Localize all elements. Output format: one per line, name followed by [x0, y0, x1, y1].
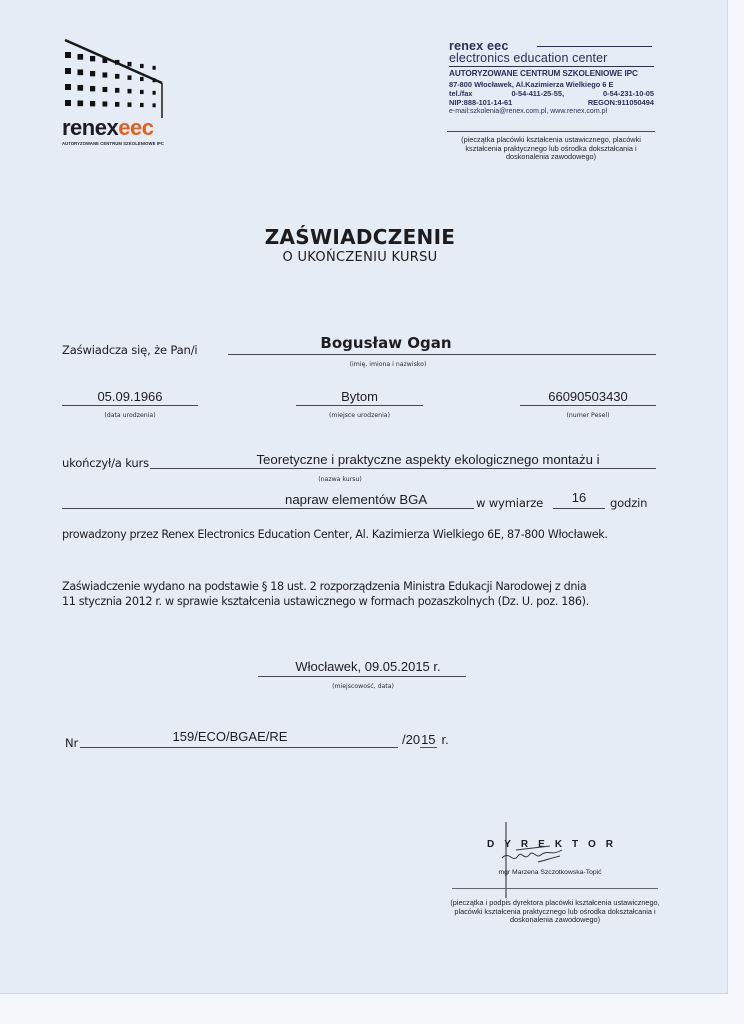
stamp-divider — [447, 131, 655, 132]
course-underline-1 — [150, 468, 656, 469]
birth-date-hint: (data urodzenia) — [62, 412, 198, 419]
person-name: Bogusław Ogan — [172, 334, 600, 352]
director-name: mgr Marzena Szczotkowska-Topić — [470, 869, 630, 876]
header-address: 87-800 Włocławek, Al.Kazimierza Wielkieg… — [449, 80, 654, 89]
name-underline — [228, 354, 656, 355]
course-name-line2: napraw elementów BGA — [285, 492, 427, 507]
header-phones: tel./fax0-54-411-25-55,0-54-231-10-05 — [449, 89, 654, 98]
header-brand: renex eec — [449, 40, 654, 52]
renexeec-logo: renexeec AUTORYZOWANE CENTRUM SZKOLENIOW… — [62, 38, 172, 150]
header-authorization: AUTORYZOWANE CENTRUM SZKOLENIOWE IPC — [449, 68, 654, 80]
header-ids: NIP:888-101-14-61REGON:911050494 — [449, 98, 654, 107]
hours-unit: godzin — [610, 496, 647, 510]
course-name-hint: (nazwa kursu) — [150, 476, 530, 483]
course-underline-2 — [62, 508, 474, 509]
place-date-underline — [258, 676, 466, 677]
signature-divider — [452, 888, 658, 889]
pesel-hint: (numer Pesel) — [520, 412, 656, 419]
logo-subtitle: AUTORYZOWANE CENTRUM SZKOLENIOWE IPC — [62, 141, 164, 146]
birth-place: Bytom — [296, 389, 423, 404]
building-icon — [62, 38, 172, 118]
name-hint: (imię, imiona i nazwisko) — [228, 361, 548, 368]
birth-place-hint: (miejsce urodzenia) — [296, 412, 423, 419]
course-label: ukończył/a kurs — [62, 456, 149, 470]
course-name-line1: Teoretyczne i praktyczne aspekty ekologi… — [200, 452, 656, 467]
course-hours: 16 — [553, 490, 605, 505]
legal-basis-line1: Zaświadczenie wydano na podstawie § 18 u… — [62, 579, 586, 595]
logo-wordmark: renexeec — [62, 116, 153, 140]
legal-basis-line2: 11 stycznia 2012 r. w sprawie kształceni… — [62, 594, 589, 610]
birth-date: 05.09.1966 — [62, 389, 198, 404]
issue-place-date: Włocławek, 09.05.2015 r. — [268, 659, 468, 674]
signature-caption: (pieczątka i podpis dyrektora placówki k… — [446, 899, 664, 925]
pesel: 66090503430 — [520, 389, 656, 404]
hours-underline — [553, 508, 605, 509]
certificate-number: 159/ECO/BGAE/RE — [130, 729, 330, 744]
document-subtitle: O UKOŃCZENIU KURSU — [200, 250, 520, 265]
pesel-underline — [520, 405, 656, 406]
birth-place-underline — [296, 405, 423, 406]
birth-date-underline — [62, 405, 198, 406]
header-brand-full: electronics education center — [449, 52, 654, 67]
document-title: ZAŚWIADCZENIE — [200, 225, 520, 249]
header-email: e-mail:szkolenia@renex.com.pl, www.renex… — [449, 107, 654, 116]
certificate-page: renexeec AUTORYZOWANE CENTRUM SZKOLENIOW… — [0, 0, 728, 994]
place-date-hint: (miejscowość, data) — [268, 683, 458, 690]
institution-header: renex eec electronics education center A… — [449, 40, 654, 116]
stamp-caption: (pieczątka placówki kształcenia ustawicz… — [447, 136, 655, 162]
number-label: Nr — [65, 736, 78, 750]
course-provider: prowadzony przez Renex Electronics Educa… — [62, 527, 608, 543]
number-underline — [80, 747, 398, 748]
hours-label: w wymiarze — [476, 496, 543, 510]
certificate-year: /2015r. — [402, 732, 449, 747]
